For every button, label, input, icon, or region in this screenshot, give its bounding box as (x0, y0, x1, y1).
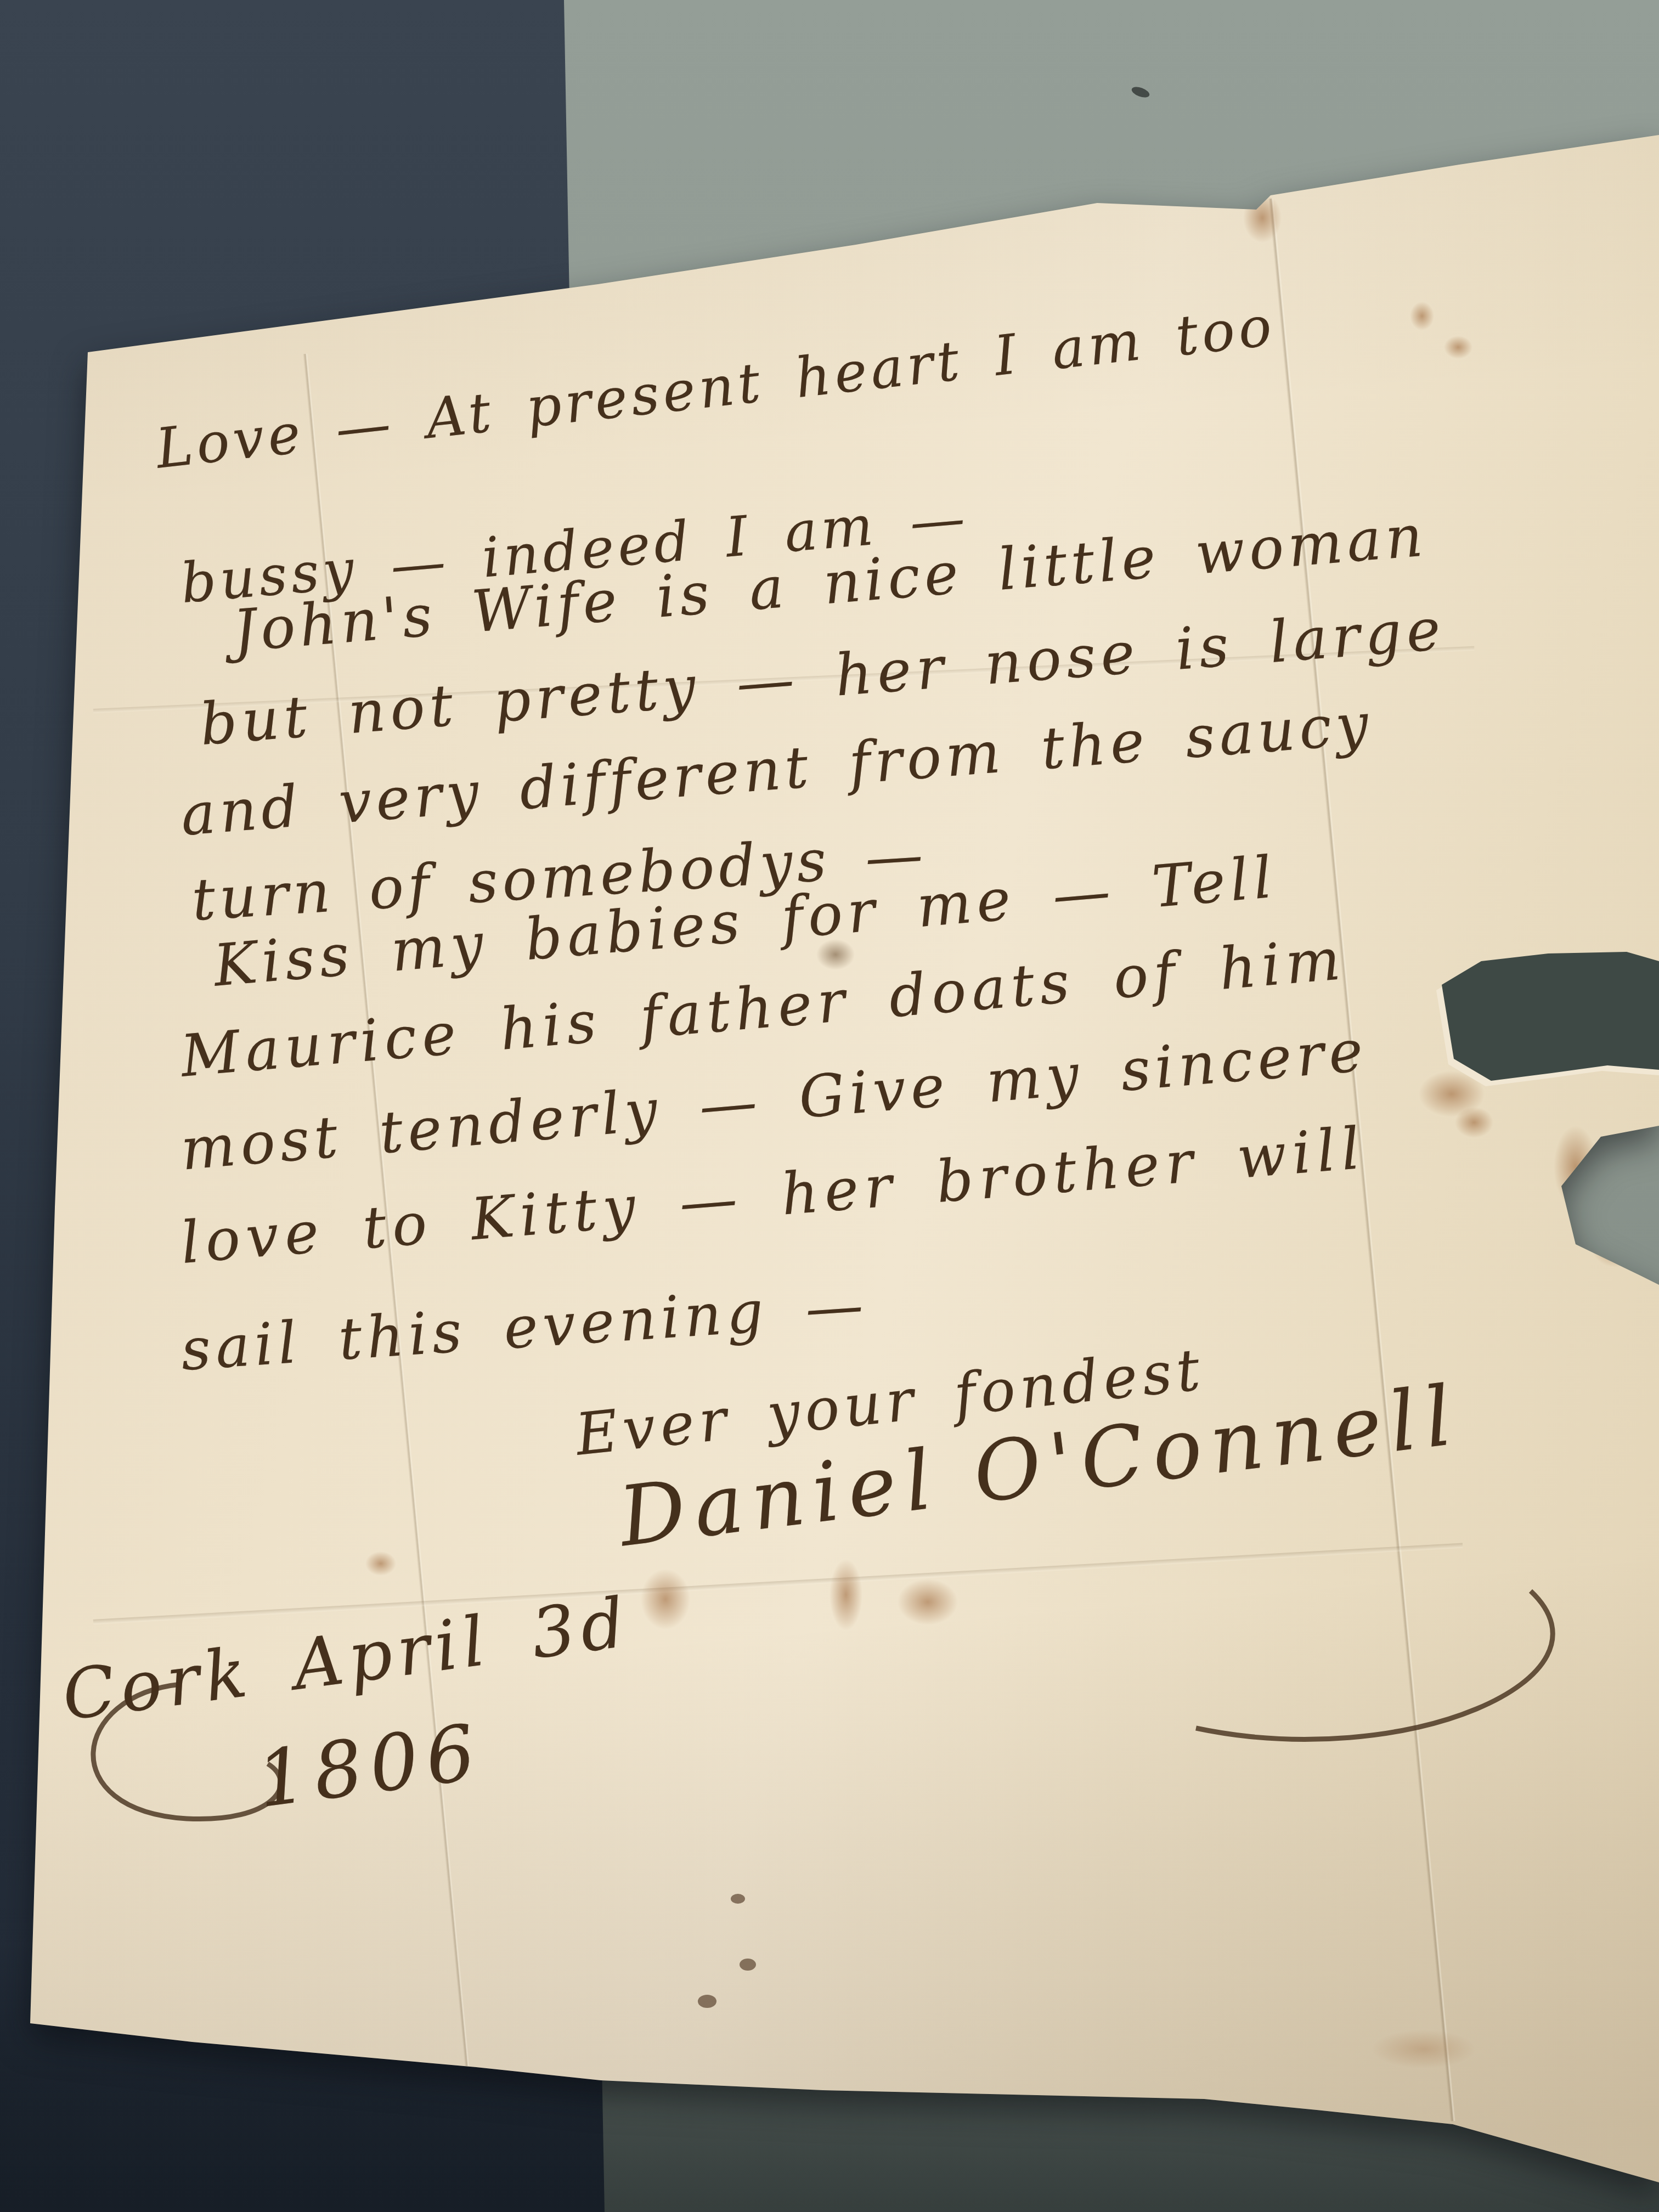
ink-speck (698, 1995, 716, 2008)
stain (365, 1551, 396, 1576)
stain (1243, 193, 1282, 242)
stain (1444, 336, 1472, 359)
stain (898, 1579, 958, 1625)
stain (1591, 1223, 1640, 1267)
ink-speck (731, 1894, 745, 1904)
stain (641, 1569, 690, 1629)
stain (1455, 1107, 1493, 1138)
letter-page: Love — At present heart I am too bussy —… (0, 0, 1659, 2212)
stain (830, 1559, 862, 1630)
stain (1554, 1126, 1598, 1208)
ink-speck (740, 1959, 756, 1971)
ink-smudge (816, 939, 855, 970)
stain (1410, 302, 1434, 330)
photo-of-letter: Love — At present heart I am too bussy —… (0, 0, 1659, 2212)
letter-page-wrap: Love — At present heart I am too bussy —… (0, 0, 1659, 2212)
stain (1372, 2030, 1476, 2068)
